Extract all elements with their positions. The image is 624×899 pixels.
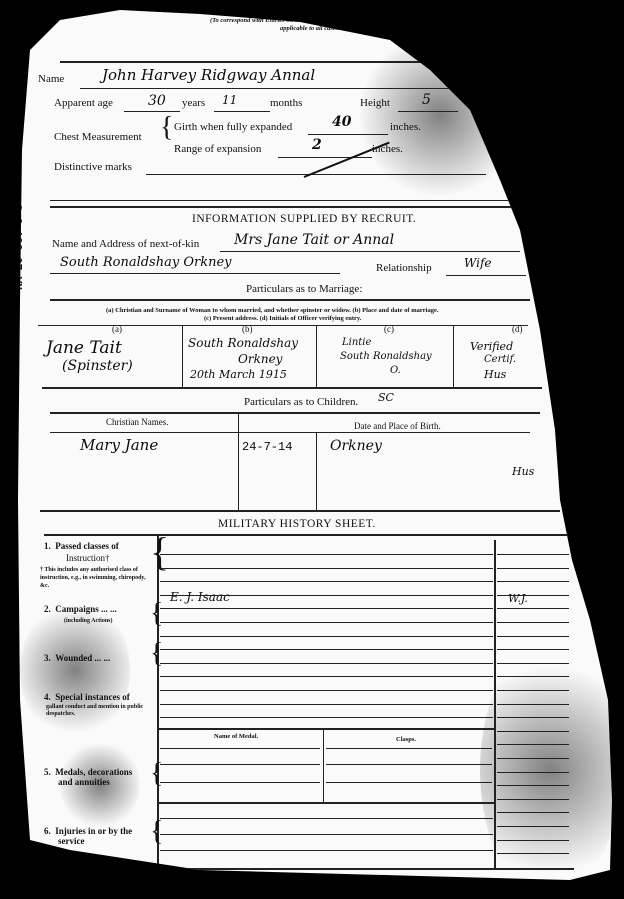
rule — [40, 510, 560, 512]
ruled-line — [160, 608, 493, 609]
rule — [157, 728, 494, 730]
rule — [44, 534, 574, 536]
col-a-label: (a) — [112, 324, 122, 334]
ruled-line — [497, 812, 569, 813]
rule — [157, 802, 494, 804]
height-label: Height — [360, 97, 390, 109]
children-heading: Particulars as to Children. — [244, 396, 358, 408]
rule — [50, 206, 520, 208]
col-b-label: (b) — [242, 324, 253, 334]
ruled-line — [497, 840, 569, 841]
ruled-line — [497, 717, 569, 718]
entry-initials: W.J. — [508, 592, 528, 605]
divider — [182, 325, 183, 387]
ruled-line — [497, 676, 569, 677]
wife-name: Jane Tait — [46, 338, 122, 358]
brace: { — [150, 600, 163, 628]
present-address-2: South Ronaldshay — [340, 351, 432, 362]
rule — [446, 275, 526, 276]
rule — [80, 88, 500, 89]
col-c-label: (c) — [384, 324, 394, 334]
ruled-line — [497, 608, 569, 609]
ruled-line — [160, 704, 493, 705]
rule — [42, 387, 542, 389]
ruled-line — [160, 676, 493, 677]
military-history-heading: MILITARY HISTORY SHEET. — [218, 518, 376, 530]
age-years-value: 30 — [148, 93, 166, 109]
side-stamp: KA 20 OCT 9-8 — [14, 204, 26, 290]
section-6-label: 6. Injuries in or by the — [44, 826, 132, 836]
col-date-place: Date and Place of Birth. — [354, 421, 441, 431]
ruled-line — [160, 764, 320, 765]
years-label: years — [182, 97, 205, 109]
ruled-line — [497, 758, 569, 759]
ruled-line — [497, 554, 569, 555]
scanned-document-page: KA 20 OCT 9-8 DESCRIPTIVE REPORT (To cor… — [0, 0, 624, 899]
document-subtitle: (To correspond with Entries on the Attes… — [210, 17, 333, 24]
rule — [214, 111, 270, 112]
section-5-label-2: and annuities — [58, 777, 110, 787]
ruled-line — [497, 785, 569, 786]
rule — [50, 200, 520, 201]
col-d-label: (d) — [512, 324, 523, 334]
divider — [323, 728, 324, 802]
divider — [316, 325, 317, 387]
rule — [220, 251, 520, 252]
ruled-line — [497, 744, 569, 745]
section-3-label: 3. Wounded ... ... — [44, 653, 110, 663]
age-months-value: 11 — [222, 93, 237, 107]
ruled-line — [497, 622, 569, 623]
ruled-line — [160, 568, 493, 569]
children-annotation: SC — [378, 391, 394, 404]
age-label: Apparent age — [54, 97, 113, 109]
verifying-officer: Verified — [470, 340, 513, 353]
rule — [44, 868, 574, 870]
rule — [50, 412, 540, 414]
verifying-officer-3: Hus — [484, 368, 506, 381]
brace: { — [150, 818, 163, 846]
col-christian-names: Christian Names. — [106, 417, 169, 427]
ruled-line — [497, 690, 569, 691]
marriage-note-1: (a) Christian and Surname of Woman to wh… — [106, 307, 438, 314]
months-label: months — [270, 97, 302, 109]
section-1-note: † This includes any authorised class of … — [40, 566, 156, 590]
ruled-line — [160, 834, 493, 835]
ruled-line — [326, 764, 492, 765]
range-value: 2 — [312, 137, 322, 153]
medal-clasps-header: Clasps. — [396, 736, 416, 743]
ruled-line — [497, 649, 569, 650]
next-of-kin-address: South Ronaldshay Orkney — [60, 255, 231, 270]
range-unit: inches. — [372, 143, 403, 155]
section-5-label: 5. Medals, decorations — [44, 767, 132, 777]
ruled-line — [326, 782, 492, 783]
section-4-note: gallant conduct and mention in public de… — [46, 704, 158, 718]
ruled-line — [160, 636, 493, 637]
marriage-heading: Particulars as to Marriage: — [246, 283, 362, 295]
relationship-label: Relationship — [376, 262, 432, 274]
rule — [60, 61, 480, 63]
section-6-label-2: service — [58, 836, 84, 846]
ruled-line — [497, 581, 569, 582]
section-1-label: 1. Passed classes of — [44, 541, 119, 551]
child-birth-place: Orkney — [330, 438, 382, 454]
marriage-note-2: (c) Present address. (d) Initials of Off… — [204, 315, 361, 322]
next-of-kin-label: Name and Address of next-of-kin — [52, 238, 199, 250]
present-address: Lintie — [342, 337, 371, 348]
girth-value: 40 — [332, 114, 351, 130]
ruled-line — [497, 636, 569, 637]
ruled-line — [497, 772, 569, 773]
ruled-line — [326, 748, 492, 749]
rule — [278, 157, 372, 158]
ruled-line — [160, 554, 493, 555]
ruled-line — [497, 826, 569, 827]
marriage-date: 20th March 1915 — [190, 368, 287, 381]
ruled-line — [497, 853, 569, 854]
ruled-line — [160, 818, 493, 819]
divider — [453, 325, 454, 387]
divider — [238, 412, 239, 510]
rule — [50, 273, 340, 274]
medal-name-header: Name of Medal. — [214, 733, 258, 740]
name-label: Name — [38, 73, 64, 85]
divider — [316, 432, 317, 510]
child-birth-date: 24-7-14 — [242, 440, 292, 454]
relationship-value: Wife — [464, 256, 492, 270]
rule — [146, 174, 486, 175]
rule — [308, 134, 388, 135]
name-value: John Harvey Ridgway Annal — [102, 66, 315, 84]
section-2-label: 2. Campaigns ... ... — [44, 604, 117, 614]
section-4-label: 4. Special instances of — [44, 692, 130, 702]
range-label: Range of expansion — [174, 143, 261, 155]
marriage-place-2: Orkney — [238, 352, 282, 366]
ruled-line — [160, 717, 493, 718]
ruled-line — [160, 850, 493, 851]
rule — [398, 111, 458, 112]
wife-status: (Spinster) — [62, 358, 133, 374]
ruled-line — [497, 731, 569, 732]
section-2-note: (including Actions) — [64, 618, 113, 624]
child-initials: Hus — [512, 465, 534, 478]
brace: { — [150, 538, 169, 566]
rule — [50, 299, 530, 301]
ruled-line — [160, 595, 493, 596]
brace: { — [160, 114, 173, 142]
ruled-line — [160, 782, 320, 783]
ruled-line — [160, 690, 493, 691]
ruled-line — [160, 649, 493, 650]
document-title: DESCRIPTIVE REPORT — [196, 4, 328, 16]
recruit-info-heading: INFORMATION SUPPLIED BY RECRUIT. — [192, 213, 416, 225]
stain — [480, 640, 620, 899]
section-1-label-2: Instruction† — [66, 553, 110, 563]
height-value: 5 — [422, 92, 431, 108]
child-name: Mary Jane — [80, 436, 158, 454]
marriage-place: South Ronaldshay — [188, 336, 298, 350]
ruled-line — [160, 581, 493, 582]
chest-label: Chest Measurement — [54, 131, 142, 143]
divider — [494, 540, 496, 870]
document-subtitle-2: applicable to all cases. — [280, 25, 340, 32]
girth-unit: inches. — [390, 121, 421, 133]
marks-label: Distinctive marks — [54, 161, 132, 173]
rule — [50, 432, 530, 433]
verifying-officer-2: Certif. — [484, 354, 516, 365]
girth-label: Girth when fully expanded — [174, 121, 292, 133]
present-address-3: O. — [390, 365, 401, 376]
ruled-line — [497, 595, 569, 596]
ruled-line — [160, 622, 493, 623]
ruled-line — [497, 799, 569, 800]
next-of-kin-value: Mrs Jane Tait or Annal — [234, 232, 394, 248]
ruled-line — [160, 663, 493, 664]
ruled-line — [497, 704, 569, 705]
ruled-line — [497, 663, 569, 664]
ruled-line — [160, 748, 320, 749]
instruction-entry: E. J. Isaac — [170, 590, 230, 604]
ruled-line — [497, 568, 569, 569]
